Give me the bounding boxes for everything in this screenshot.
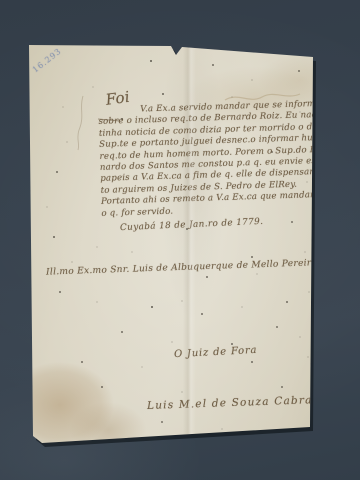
manuscript-paper: 16.293 Foi V.a Ex.a servido mandar que s… [0, 0, 360, 480]
photo-canvas: 16.293 Foi V.a Ex.a servido mandar que s… [0, 0, 360, 480]
letter-body: Foi V.a Ex.a servido mandar que se infor… [94, 99, 329, 220]
foxing-specks [0, 0, 2, 2]
